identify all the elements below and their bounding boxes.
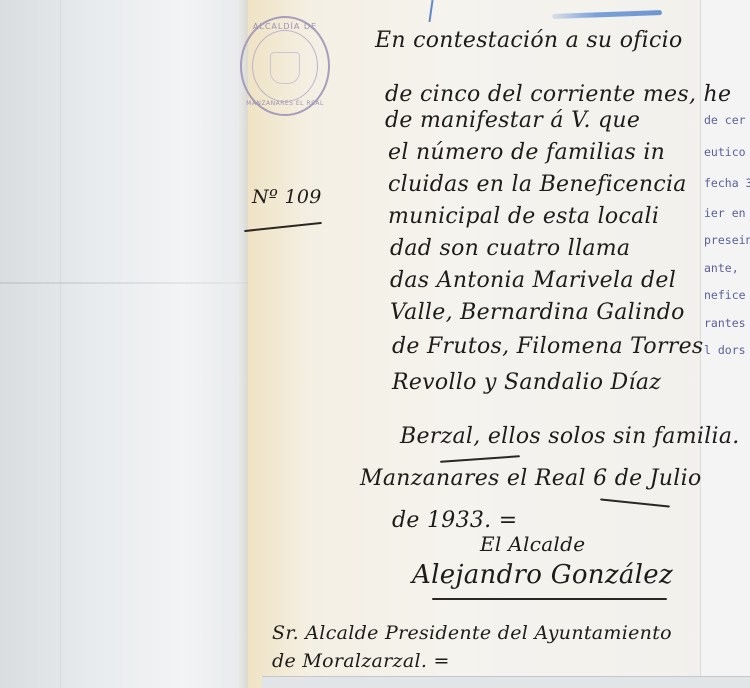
body-line-1: En contestación a su oficio xyxy=(375,28,683,53)
signature: Alejandro González xyxy=(412,560,673,590)
addressee-line-2: de Moralzarzal. = xyxy=(272,650,450,672)
body-line-2: de cinco del corriente mes, he xyxy=(385,82,731,107)
body-line-8: das Antonia Marivela del xyxy=(390,268,676,293)
typed-fragment-3: fecha 3 xyxy=(704,176,750,190)
body-line-4: el número de familias in xyxy=(388,140,665,165)
typed-fragment-6: ante, xyxy=(704,261,739,275)
body-line-3: de manifestar á V. que xyxy=(385,108,640,133)
page-fold-horizontal xyxy=(0,282,262,284)
signature-flourish xyxy=(432,598,667,600)
typed-fragment-9: l dors xyxy=(704,343,746,357)
page-bottom-edge xyxy=(262,676,750,688)
official-seal-stamp: ALCALDÍA DE MANZANARES EL REAL xyxy=(240,16,330,116)
typed-fragment-5: presein xyxy=(704,233,750,247)
body-line-7: dad son cuatro llama xyxy=(390,236,630,261)
left-blank-page xyxy=(0,0,262,688)
page-fold-vertical xyxy=(60,0,61,688)
coat-of-arms-icon xyxy=(270,52,300,84)
body-line-14: de 1933. = xyxy=(392,508,518,533)
body-line-5: cluidas en la Beneficencia xyxy=(388,172,687,197)
body-line-11: Revollo y Sandalio Díaz xyxy=(392,370,661,395)
reference-number: Nº 109 xyxy=(252,186,322,208)
addressee-line-1: Sr. Alcalde Presidente del Ayuntamiento xyxy=(272,622,672,644)
body-line-10: de Frutos, Filomena Torres xyxy=(392,334,704,359)
closing-title: El Alcalde xyxy=(480,532,585,556)
stamp-bottom-text: MANZANARES EL REAL xyxy=(242,100,328,107)
typed-fragment-8: rantes xyxy=(704,316,746,330)
typed-fragment-7: nefice xyxy=(704,288,746,302)
body-line-9: Valle, Bernardina Galindo xyxy=(390,300,685,325)
body-line-6: municipal de esta locali xyxy=(388,204,659,229)
typed-fragment-2: eutico xyxy=(704,145,746,159)
typed-fragment-1: de cer xyxy=(704,113,746,127)
typed-fragment-4: ier en xyxy=(704,206,746,220)
body-line-13: Manzanares el Real 6 de Julio xyxy=(360,466,702,491)
body-line-12: Berzal, ellos solos sin familia. xyxy=(400,424,740,449)
